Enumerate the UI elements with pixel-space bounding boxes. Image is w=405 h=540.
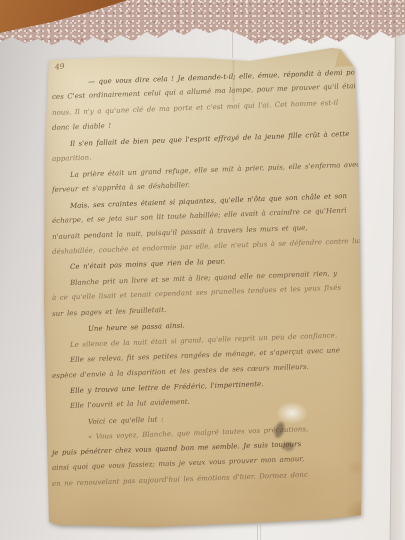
handwritten-line: sur les pages et les feuilletait. <box>52 306 167 318</box>
manuscript-page: 49 — que vous dire cela ! Je demande-t-i… <box>44 46 366 529</box>
handwritten-line: Le silence de la nuit était si grand, qu… <box>70 331 337 349</box>
handwritten-line: n'aurait pendant la nuit, puisqu'il pass… <box>52 223 308 240</box>
handwritten-line: Elle l'ouvrit et la lut avidement. <box>70 398 190 410</box>
handwritten-line: déshabillée, couchée et endormie par ell… <box>52 237 364 256</box>
handwritten-line: Une heure se passa ainsi. <box>88 322 185 333</box>
handwritten-line: Elle y trouva une lettre de Frédéric, l'… <box>70 380 264 395</box>
manuscript-text: — que vous dire cela ! Je demande-t-il; … <box>44 46 366 529</box>
handwritten-line: à ce qu'elle lisait et tenait cependant … <box>52 284 341 302</box>
mat-right-edge <box>390 28 405 540</box>
handwritten-line: ainsi quoi que vous fassiez; mais je veu… <box>52 455 304 472</box>
handwritten-line: nous. Il n'y a qu'une clé de ma porte et… <box>52 99 338 117</box>
paper-surface: 49 — que vous dire cela ! Je demande-t-i… <box>44 46 366 529</box>
handwritten-line: Voici ce qu'elle lut : <box>88 415 164 426</box>
handwritten-line: apparition. <box>52 154 92 163</box>
handwritten-line: je puis pénétrer chez vous quand bon me … <box>52 440 301 457</box>
handwritten-line: ferveur et s'apprêta à se déshabiller. <box>52 181 190 194</box>
handwritten-line: Il s'en fallait de bien peu que l'esprit… <box>70 130 350 148</box>
photo-scene: 49 — que vous dire cela ! Je demande-t-i… <box>0 0 405 540</box>
handwritten-line: « Vous voyez, Blanche, que malgré toutes… <box>88 425 309 441</box>
handwritten-line: en ne renouvelant pas aujourd'hui les ém… <box>52 471 308 488</box>
handwritten-line: — que vous dire cela ! Je demande-t-il; … <box>88 67 405 86</box>
handwritten-line: Ce n'était pas moins que rien de la peur… <box>70 258 226 272</box>
handwritten-line: La prière était un grand refuge, elle se… <box>70 160 361 178</box>
handwritten-line: écharpe, et se jeta sur son lit toute ha… <box>52 207 347 226</box>
handwritten-line: Elle se releva, fit ses petites rangées … <box>70 346 340 364</box>
handwritten-line: espèce d'envie à la disparition et les g… <box>52 362 309 379</box>
handwritten-line: donc le diable ! <box>52 122 111 132</box>
